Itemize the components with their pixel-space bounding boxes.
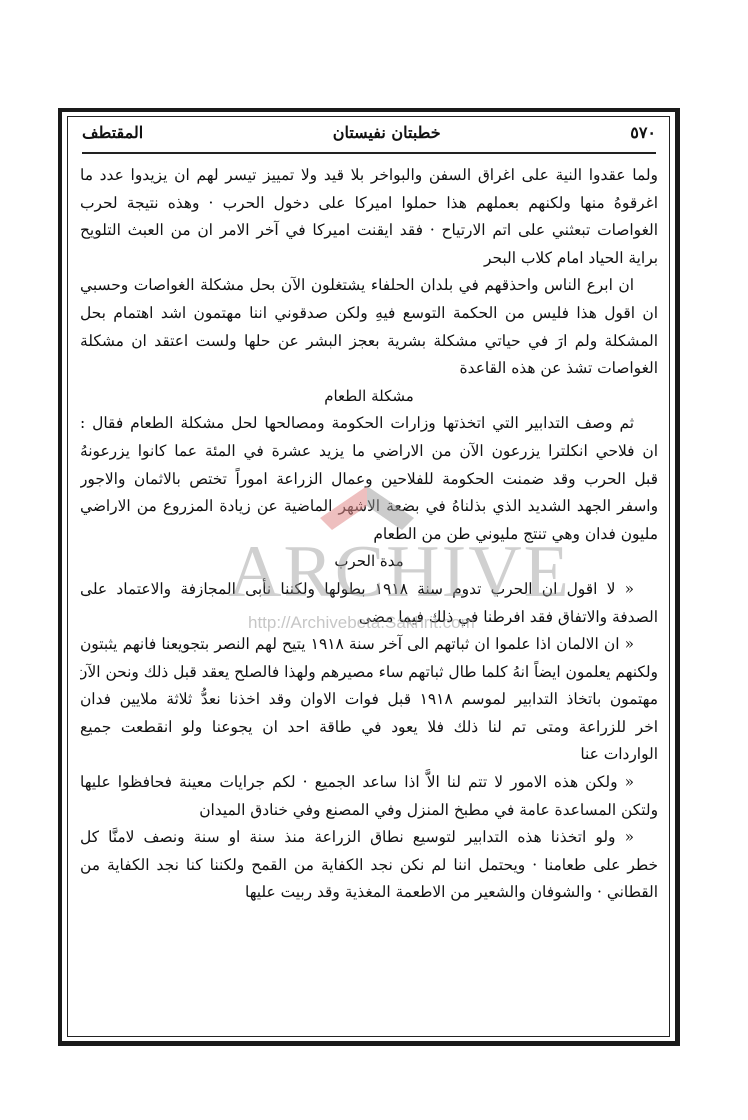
paragraph-line: « ولكن هذه الامور لا تتم لنا الاَّ اذا س… bbox=[80, 769, 658, 797]
paragraph-line: اخر للزراعة ومتى تم لنا ذلك فلا يعود في … bbox=[80, 714, 658, 742]
paragraph-line: ثم وصف التدابير التي اتخذتها وزارات الحك… bbox=[80, 410, 658, 438]
article-body: ولما عقدوا النية على اغراق السفن والبواخ… bbox=[72, 162, 666, 907]
running-header: ٥٧٠ خطبتان نفيستان المقتطف bbox=[72, 116, 666, 148]
paragraph-line: اغرقوهُ منها ولكنهم بعملهم هذا حملوا امي… bbox=[80, 190, 658, 218]
header-rule bbox=[82, 152, 656, 154]
paragraph-line: براية الحياد امام كلاب البحر bbox=[80, 245, 658, 273]
paragraph-line: واسفر الجهد الشديد الذي بذلناهُ في بضعة … bbox=[80, 493, 658, 521]
section-heading-food-problem: مشكلة الطعام bbox=[80, 383, 658, 411]
paragraph-line: الغواصات تبعثني على اتم الارتياح · فقد ا… bbox=[80, 217, 658, 245]
paragraph-line: مهتمون باتخاذ التدابير لموسم ١٩١٨ قبل فو… bbox=[80, 686, 658, 714]
page-number: ٥٧٠ bbox=[630, 123, 656, 142]
paragraph-line: مليون فدان وهي تنتج مليوني طن من الطعام bbox=[80, 521, 658, 549]
paragraph-line: قبل الحرب وقد ضمنت الحكومة للفلاحين وعما… bbox=[80, 466, 658, 494]
paragraph-line: « لا اقول ان الحرب تدوم سنة ١٩١٨ بطولها … bbox=[80, 576, 658, 604]
paragraph-line: ان اقول هذا فليس من الحكمة التوسع فيهِ و… bbox=[80, 300, 658, 328]
paragraph-line: المشكلة ولم ارَ في حياتي مشكلة بشرية بعج… bbox=[80, 328, 658, 356]
paragraph-line: القطاني · والشوفان والشعير من الاطعمة ال… bbox=[80, 879, 658, 907]
paragraph-line: « ان الالمان اذا علموا ان ثباتهم الى آخر… bbox=[80, 631, 658, 659]
article-title: خطبتان نفيستان bbox=[333, 123, 441, 142]
paragraph-line: ولما عقدوا النية على اغراق السفن والبواخ… bbox=[80, 162, 658, 190]
paragraph-line: ولكنهم يعلمون ايضاً انهُ كلما طال ثباتهم… bbox=[80, 659, 658, 687]
paragraph-line: الصدفة والاتفاق فقد افرطنا في ذلك فيما م… bbox=[80, 604, 658, 632]
paragraph-line: ان ابرع الناس واحذقهم في بلدان الحلفاء ي… bbox=[80, 272, 658, 300]
paragraph-line: « ولو اتخذنا هذه التدابير لتوسيع نطاق ال… bbox=[80, 824, 658, 852]
paragraph-line: الواردات عنا bbox=[80, 741, 658, 769]
paragraph-line: ان فلاحي انكلترا يزرعون الآن من الاراضي … bbox=[80, 438, 658, 466]
paragraph-line: ولتكن المساعدة عامة في مطبخ المنزل وفي ا… bbox=[80, 797, 658, 825]
section-heading-war-duration: مدة الحرب bbox=[80, 548, 658, 576]
paragraph-line: خطر على طعامنا · ويحتمل اننا لم نكن نجد … bbox=[80, 852, 658, 880]
paragraph-line: الغواصات تشذ عن هذه القاعدة bbox=[80, 355, 658, 383]
journal-name: المقتطف bbox=[82, 123, 143, 142]
document-page: ٥٧٠ خطبتان نفيستان المقتطف ولما عقدوا ال… bbox=[72, 116, 666, 907]
